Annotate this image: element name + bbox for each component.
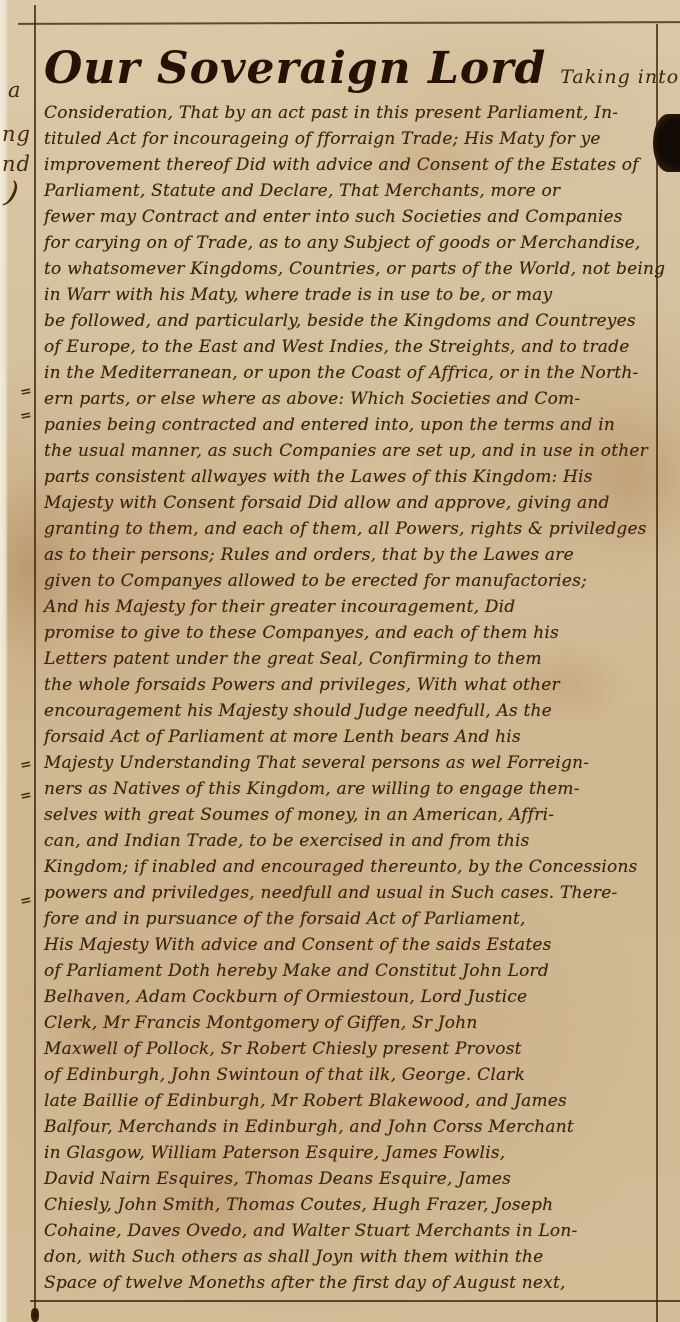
manuscript-line: late Baillie of Edinburgh, Mr Robert Bla… xyxy=(44,1088,650,1114)
manuscript-line: Parliament, Statute and Declare, That Me… xyxy=(44,178,650,204)
margin-mark: = xyxy=(18,892,33,910)
manuscript-line: Maxwell of Pollock, Sr Robert Chiesly pr… xyxy=(44,1036,650,1062)
headline: Our Soveraign LordTaking into his xyxy=(44,40,650,98)
manuscript-line: Majesty Understanding That several perso… xyxy=(44,750,650,776)
manuscript-line: selves with great Soumes of money, in an… xyxy=(44,802,650,828)
manuscript-line: of Europe, to the East and West Indies, … xyxy=(44,334,650,360)
document-title: Our Soveraign Lord xyxy=(44,43,546,94)
manuscript-line: And his Majesty for their greater incour… xyxy=(44,594,650,620)
manuscript-line: powers and priviledges, needfull and usu… xyxy=(44,880,650,906)
manuscript-line: don, with Such others as shall Joyn with… xyxy=(44,1244,650,1270)
manuscript-line: in the Mediterranean, or upon the Coast … xyxy=(44,360,650,386)
manuscript-line: of Edinburgh, John Swintoun of that ilk,… xyxy=(44,1062,650,1088)
manuscript-line: Balfour, Merchands in Edinburgh, and Joh… xyxy=(44,1114,650,1140)
manuscript-line: panies being contracted and entered into… xyxy=(44,412,650,438)
manuscript-line: Kingdom; if inabled and encouraged there… xyxy=(44,854,650,880)
frame-rule-left xyxy=(34,5,36,1322)
manuscript-line: Consideration, That by an act past in th… xyxy=(44,100,650,126)
manuscript-line: parts consistent allwayes with the Lawes… xyxy=(44,464,650,490)
manuscript-line: Majesty with Consent forsaid Did allow a… xyxy=(44,490,650,516)
manuscript-line: David Nairn Esquires, Thomas Deans Esqui… xyxy=(44,1166,650,1192)
margin-mark: = xyxy=(18,407,33,425)
manuscript-line: in Glasgow, William Paterson Esquire, Ja… xyxy=(44,1140,650,1166)
margin-mark: = xyxy=(18,756,33,774)
manuscript-line: His Majesty With advice and Consent of t… xyxy=(44,932,650,958)
manuscript-line: Cohaine, Daves Ovedo, and Walter Stuart … xyxy=(44,1218,650,1244)
margin-fragment: ng xyxy=(2,122,31,146)
margin-fragment: nd xyxy=(2,152,31,176)
manuscript-line: promise to give to these Companyes, and … xyxy=(44,620,650,646)
manuscript-line: of Parliament Doth hereby Make and Const… xyxy=(44,958,650,984)
frame-rule-right xyxy=(656,24,658,1322)
manuscript-line: the whole forsaids Powers and privileges… xyxy=(44,672,650,698)
manuscript-line: ners as Natives of this Kingdom, are wil… xyxy=(44,776,650,802)
manuscript-line: fore and in pursuance of the forsaid Act… xyxy=(44,906,650,932)
margin-fragment: a xyxy=(8,78,22,102)
manuscript-line: Letters patent under the great Seal, Con… xyxy=(44,646,650,672)
manuscript-line: Space of twelve Moneths after the first … xyxy=(44,1270,650,1296)
manuscript-line: granting to them, and each of them, all … xyxy=(44,516,650,542)
manuscript-line: tituled Act for incourageing of fforraig… xyxy=(44,126,650,152)
ink-blot xyxy=(31,1308,39,1322)
manuscript-line: forsaid Act of Parliament at more Lenth … xyxy=(44,724,650,750)
text-block: Our Soveraign LordTaking into his Consid… xyxy=(44,40,650,1296)
title-tail: Taking into his xyxy=(560,66,680,88)
manuscript-line: improvement thereof Did with advice and … xyxy=(44,152,650,178)
manuscript-line: fewer may Contract and enter into such S… xyxy=(44,204,650,230)
manuscript-line: for carying on of Trade, as to any Subje… xyxy=(44,230,650,256)
margin-mark: = xyxy=(18,383,33,401)
frame-rule-top xyxy=(18,21,680,25)
manuscript-line: Chiesly, John Smith, Thomas Coutes, Hugh… xyxy=(44,1192,650,1218)
body-lines: Consideration, That by an act past in th… xyxy=(44,100,650,1296)
manuscript-line: Clerk, Mr Francis Montgomery of Giffen, … xyxy=(44,1010,650,1036)
manuscript-line: ern parts, or else where as above: Which… xyxy=(44,386,650,412)
manuscript-line: given to Companyes allowed to be erected… xyxy=(44,568,650,594)
manuscript-line: be followed, and particularly, beside th… xyxy=(44,308,650,334)
frame-rule-bottom xyxy=(30,1300,680,1302)
manuscript-line: as to their persons; Rules and orders, t… xyxy=(44,542,650,568)
manuscript-page: a ng nd ) = = = = = Our Soveraign LordTa… xyxy=(0,0,680,1322)
manuscript-line: Belhaven, Adam Cockburn of Ormiestoun, L… xyxy=(44,984,650,1010)
manuscript-line: can, and Indian Trade, to be exercised i… xyxy=(44,828,650,854)
margin-mark: = xyxy=(18,787,33,805)
edge-dark-blot xyxy=(653,114,680,172)
manuscript-line: to whatsomever Kingdoms, Countries, or p… xyxy=(44,256,650,282)
manuscript-line: in Warr with his Maty, where trade is in… xyxy=(44,282,650,308)
manuscript-line: encouragement his Majesty should Judge n… xyxy=(44,698,650,724)
manuscript-line: the usual manner, as such Companies are … xyxy=(44,438,650,464)
